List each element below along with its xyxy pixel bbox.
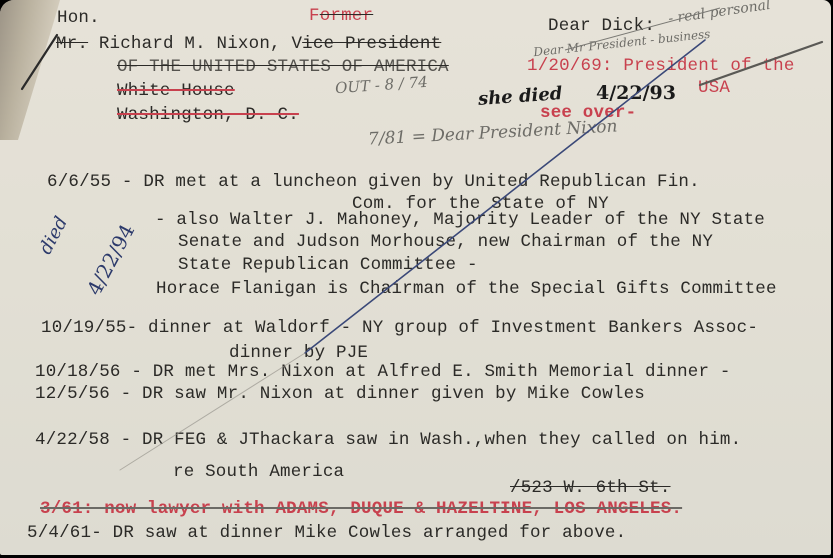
worn-corner <box>0 0 60 140</box>
red-usa: USA <box>698 78 730 98</box>
entry-line: 10/18/56 - DR met Mrs. Nixon at Alfred E… <box>35 362 731 382</box>
pencil-note-personal: - real personal <box>667 0 771 27</box>
ink-died-date: 4/22/93 <box>596 82 676 104</box>
entry-line: State Republican Committee - <box>178 255 478 275</box>
entry-line: re South America <box>173 462 344 482</box>
entry-line: Senate and Judson Morhouse, new Chairman… <box>178 232 713 252</box>
address-struck: /523 W. 6th St. <box>510 478 671 498</box>
honorific: Hon. <box>57 8 100 28</box>
entry-line: 10/19/55- dinner at Waldorf - NY group o… <box>41 318 758 338</box>
red-president-update: 1/20/69: President of the <box>527 56 795 76</box>
entry-line: Horace Flanigan is Chairman of the Speci… <box>156 279 777 299</box>
blue-died-date: 4/22/94 <box>82 220 139 299</box>
salutation: Dear Dick: <box>548 16 655 36</box>
entry-line: - also Walter J. Mahoney, Majority Leade… <box>155 210 765 230</box>
red-lawyer-entry: 3/61: now lawyer with ADAMS, DUQUE & HAZ… <box>40 499 682 519</box>
index-card: Hon. Former Mr. Richard M. Nixon, Vice P… <box>0 0 831 555</box>
pencil-dear-president-nixon: 7/81 = Dear President Nixon <box>368 116 618 149</box>
blue-died-note: died <box>35 213 72 258</box>
entry-line: 4/22/58 - DR FEG & JThackara saw in Wash… <box>35 430 741 450</box>
entry-line-last: 5/4/61- DR saw at dinner Mike Cowles arr… <box>27 523 626 543</box>
entry-line: 6/6/55 - DR met at a luncheon given by U… <box>47 172 700 192</box>
address-line2-struck: Washington, D. C. <box>117 105 299 125</box>
addressee-line: Mr. Richard M. Nixon, Vice President <box>56 34 441 54</box>
entry-line: 12/5/56 - DR saw Mr. Nixon at dinner giv… <box>35 384 645 404</box>
addressee-name: Richard M. Nixon, <box>99 34 292 54</box>
entry-line: dinner by PJE <box>229 343 368 363</box>
position-struck: ice President <box>302 34 441 54</box>
address-line1-struck: White House <box>117 81 235 101</box>
former-insert: Former <box>309 6 373 26</box>
title-prefix-struck: Mr. <box>56 34 88 54</box>
